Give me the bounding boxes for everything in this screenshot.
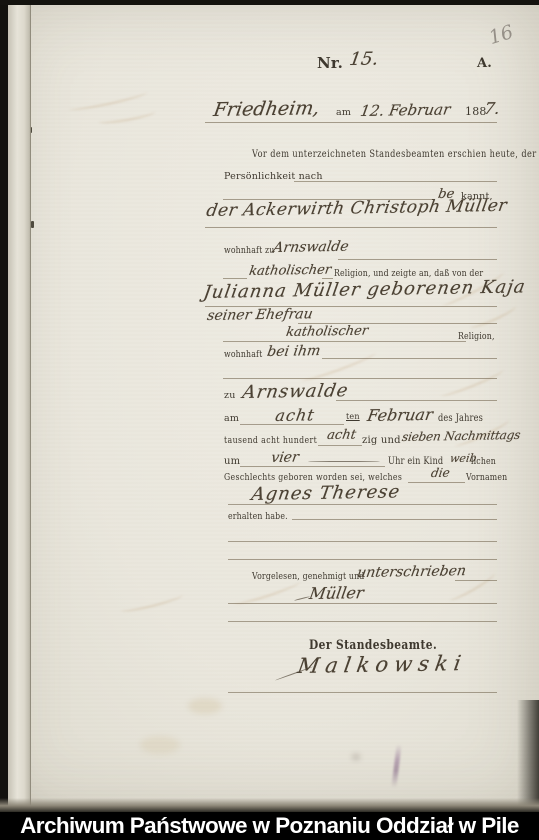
vornamen-label: Vornamen: [466, 472, 507, 483]
form-rule: [228, 692, 497, 693]
declarant-signature: Müller: [308, 583, 365, 603]
record-number-label: Nr.: [317, 54, 343, 72]
photo-top-edge: [0, 0, 539, 5]
archive-caption-text: Archiwum Państwowe w Poznaniu Oddział w …: [20, 813, 519, 838]
paper-stain: [352, 754, 360, 760]
pen-flourish: [308, 461, 380, 462]
form-rule: [228, 621, 497, 622]
dateline-year-digit: 7.: [483, 99, 501, 118]
intro-line-1: Vor dem unterzeichneten Standesbeamten e…: [252, 149, 537, 160]
die-article: die: [430, 466, 451, 480]
zig-und-printed: zig und: [362, 435, 401, 446]
birth-month: Februar: [366, 405, 434, 425]
residence-label: wohnhaft zu: [224, 245, 274, 256]
year-decade: acht: [326, 428, 357, 443]
form-rule: [228, 603, 497, 604]
closing-handwritten: unterschrieben: [356, 563, 467, 581]
book-gutter: [8, 0, 31, 812]
religion-2-handwritten: katholischer: [285, 324, 369, 340]
residence-2-value: bei ihm: [266, 343, 322, 360]
registrar-label: Der Standesbeamte.: [309, 638, 437, 653]
registrar-signature: Malkowski: [296, 651, 469, 678]
dateline-am-label: am: [336, 107, 351, 118]
des-jahres-label: des Jahres: [438, 413, 483, 424]
page-fold-line: [30, 0, 31, 812]
form-rule: [223, 278, 247, 279]
birthplace-value: Arnswalde: [241, 380, 350, 403]
birthplace-label: zu: [224, 390, 236, 401]
form-rule: [322, 358, 497, 359]
form-rule: [205, 122, 497, 123]
form-rule: [338, 259, 497, 260]
form-rule: [294, 181, 497, 182]
birth-hour: vier: [270, 450, 300, 466]
form-rule: [318, 445, 362, 446]
form-rule: [240, 466, 385, 467]
dateline-date: 12. Februar: [359, 100, 452, 120]
form-rule: [408, 482, 465, 483]
religion-1-handwritten: katholischer: [248, 263, 332, 279]
day-suffix: ten: [346, 412, 360, 421]
form-letter: A.: [477, 56, 492, 71]
dateline-place: Friedheim,: [212, 97, 321, 121]
form-rule: [205, 227, 497, 228]
photo-corner-shadow: [517, 700, 539, 812]
archive-caption-bar: Archiwum Państwowe w Poznaniu Oddział w …: [0, 812, 539, 840]
birth-day-label: am: [224, 413, 239, 424]
mother-relation: seiner Ehefrau: [206, 306, 314, 324]
religion-2-printed: Religion,: [458, 331, 495, 342]
paper-stain: [188, 698, 222, 714]
mother-name: Julianna Müller geborenen Kaja: [202, 276, 527, 303]
registry-scan-photo: 16 Nr. 15. A. Friedheim, am 12. Februar …: [0, 0, 539, 840]
form-rule: [336, 400, 497, 401]
gender-printed: lichen: [471, 456, 496, 467]
time-label: um: [224, 456, 240, 467]
ink-bleed-mark: [98, 107, 157, 126]
closing-printed: Vorgelesen, genehmigt und: [252, 571, 364, 582]
form-rule: [228, 504, 497, 505]
form-rule: [292, 519, 497, 520]
form-rule: [228, 559, 497, 560]
record-number-value: 15.: [348, 49, 380, 70]
year-units-and-time: sieben Nachmittags: [401, 428, 521, 444]
binding-edge: [0, 0, 8, 812]
ink-smudge: [391, 744, 401, 788]
page-bottom-shadow: [0, 798, 539, 812]
paper-stain: [140, 736, 180, 754]
form-rule: [228, 541, 497, 542]
ink-bleed-mark: [120, 590, 184, 614]
pencil-page-number: 16: [486, 21, 516, 49]
binding-speck: [31, 221, 34, 228]
residence-value: Arnswalde: [272, 239, 350, 256]
year-hundreds-printed: tausend acht hundert: [224, 435, 317, 446]
form-rule: [223, 341, 466, 342]
ink-bleed-mark: [439, 366, 505, 400]
erhalten-habe-label: erhalten habe.: [228, 511, 288, 522]
form-rule: [455, 580, 497, 581]
declarant-line: der Ackerwirth Christoph Müller: [205, 196, 509, 221]
ink-bleed-mark: [68, 88, 148, 113]
document-page: 16 Nr. 15. A. Friedheim, am 12. Februar …: [0, 0, 539, 812]
birth-day: acht: [274, 405, 316, 425]
child-names: Agnes Therese: [250, 481, 402, 505]
form-rule: [223, 378, 497, 379]
residence-2-label: wohnhaft: [224, 349, 262, 360]
